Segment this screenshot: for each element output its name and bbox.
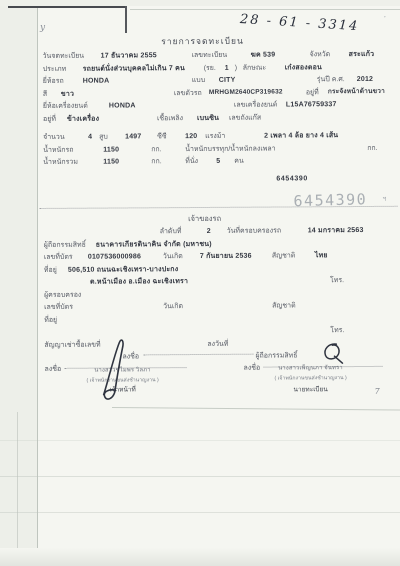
seats-value: 5 [216,158,220,165]
color-label: สี [43,90,47,97]
cc-value: 1497 [125,133,141,140]
address-line-1: 506,510 ถนนฉะเชิงเทรา-บางปะกง [68,266,178,274]
engine-location-value: ข้างเครื่อง [67,115,99,122]
document-number: 6454390 [276,175,307,182]
engine-brand-label: ยี่ห้อเครื่องยนต์ [43,103,88,110]
ry-close: ) [235,64,237,71]
hp-value: 120 [185,133,197,140]
brand-value: HONDA [83,78,110,85]
possessor-card-label: เลขที่บัตร [44,304,73,311]
stamp-suffix-mark: ฯ [382,196,386,203]
birth-date-value: 7 กันยายน 2536 [200,253,252,260]
curb-weight-label: น้ำหนักรถ [43,146,73,153]
official-title-stamp-right: ( เจ้าพนักงานขนส่งชำนาญงาน ) [274,376,346,382]
document-title: รายการจดทะเบียน [161,37,244,46]
sign-label-left: ลงชื่อ [45,366,62,373]
signature-ink-right [320,341,348,367]
possession-date-label: วันที่ครอบครองรถ [227,228,282,235]
reg-date-label: วันจดทะเบียน [43,53,85,60]
kg-unit-1: กก. [151,146,161,153]
ry-number: 1 [225,64,229,71]
kg-unit-2: กก. [367,144,377,151]
phone-label-1: โทร. [330,277,344,284]
cylinder-unit: สูบ [99,134,108,141]
seats-label: ที่นั่ง [185,158,198,165]
possessor-label: ผู้ครอบครอง [44,291,81,298]
gross-weight-value: 1150 [103,158,119,165]
handwritten-bottom-mark: 7 [375,388,380,396]
possessor-birth-label: วันเกิด [163,303,183,310]
province-label: จังหวัด [310,51,331,58]
brand-label: ยี่ห้อรถ [43,78,64,85]
sequence-value: 2 [207,228,211,235]
year-value: 2012 [357,76,373,83]
color-value: ขาว [61,90,74,97]
province-value: สระแก้ว [349,51,375,58]
hire-purchase-contract-label: สัญญาเช่าซื้อเลขที่ [44,341,100,348]
signature-dotted-line-holder [143,346,253,356]
gas-tank-label: เลขถังแก๊ส [229,114,261,121]
cylinder-count-value: 4 [88,134,92,141]
cylinder-count-label: จำนวน [43,134,65,141]
nationality-label: สัญชาติ [272,252,296,259]
card-no-value: 0107536000986 [88,253,141,260]
type-label: ประเภท [43,65,67,72]
body-style-value: เก๋งสองตอน [285,64,322,71]
address-label: ที่อยู่ [44,266,57,273]
owner-section-header: เจ้าของรถ [188,215,221,223]
year-label: รุ่นปี ค.ศ. [317,76,345,83]
model-value: CITY [219,77,236,84]
engine-no-value: L15A76759337 [286,101,337,108]
drivetrain-value: 2 เพลา 4 ล้อ ยาง 4 เส้น [264,132,338,139]
sequence-label: ลำดับที่ [160,228,182,235]
birth-date-label: วันเกิด [163,253,183,260]
sign-label-right: ลงชื่อ [244,365,261,372]
body-style-label: ลักษณะ [243,64,266,71]
hp-unit: แรงม้า [205,133,225,140]
seats-unit: คน [234,158,244,165]
possessor-address-label: ที่อยู่ [44,316,57,323]
chassis-location-label: อยู่ที่ [306,89,319,96]
fuel-value: เบนซิน [197,114,219,121]
load-weight-label: น้ำหนักบรรทุก/น้ำหนักลงเพลา [185,145,275,153]
title-holder-label: ผู้ถือกรรมสิทธิ์ [44,241,86,248]
fuel-label: เชื้อเพลิง [157,115,183,122]
ry-open: (รย. [204,64,216,71]
chassis-label: เลขตัวรถ [174,89,202,96]
scanned-registration-document: 28 - 61 - 3314 y ฺ รายการจดทะเบียน วันจด… [0,0,400,566]
gross-weight-label: น้ำหนักรวม [43,159,78,166]
stamped-document-number: 6454390 [293,192,367,209]
type-value: รถยนต์นั่งส่วนบุคคลไม่เกิน 7 คน [83,65,185,73]
chassis-value: MRHGM2640CP319632 [209,89,283,96]
cc-unit: ซีซี [157,133,167,140]
engine-location-label: อยู่ที่ [43,115,56,122]
phone-label-2: โทร. [330,327,344,334]
reg-date-value: 17 ธันวาคม 2555 [101,52,157,59]
signature-ink-left [96,338,140,402]
curb-weight-value: 1150 [103,146,119,153]
chassis-location-value: กระจังหน้าด้านขวา [328,88,385,95]
possessor-nationality-label: สัญชาติ [272,302,296,309]
registration-form: รายการจดทะเบียน วันจดทะเบียน 17 ธันวาคม … [0,0,400,566]
nationality-value: ไทย [315,252,328,259]
address-line-2: ต.หน้าเมือง อ.เมือง ฉะเชิงเทรา [90,278,188,286]
reg-no-value: ฆค 539 [251,52,276,59]
kg-unit-3: กก. [151,158,161,165]
title-holder-value: ธนาคารเกียรตินาคิน จำกัด (มหาชน) [96,240,212,248]
reg-no-label: เลขทะเบียน [192,52,228,59]
possession-date-value: 14 มกราคม 2563 [308,227,364,234]
official-role-right: นายทะเบียน [293,387,327,394]
model-label: แบบ [192,77,205,84]
engine-brand-value: HONDA [109,102,136,109]
card-no-label: เลขที่บัตร [44,254,73,261]
engine-no-label: เลขเครื่องยนต์ [234,102,277,109]
